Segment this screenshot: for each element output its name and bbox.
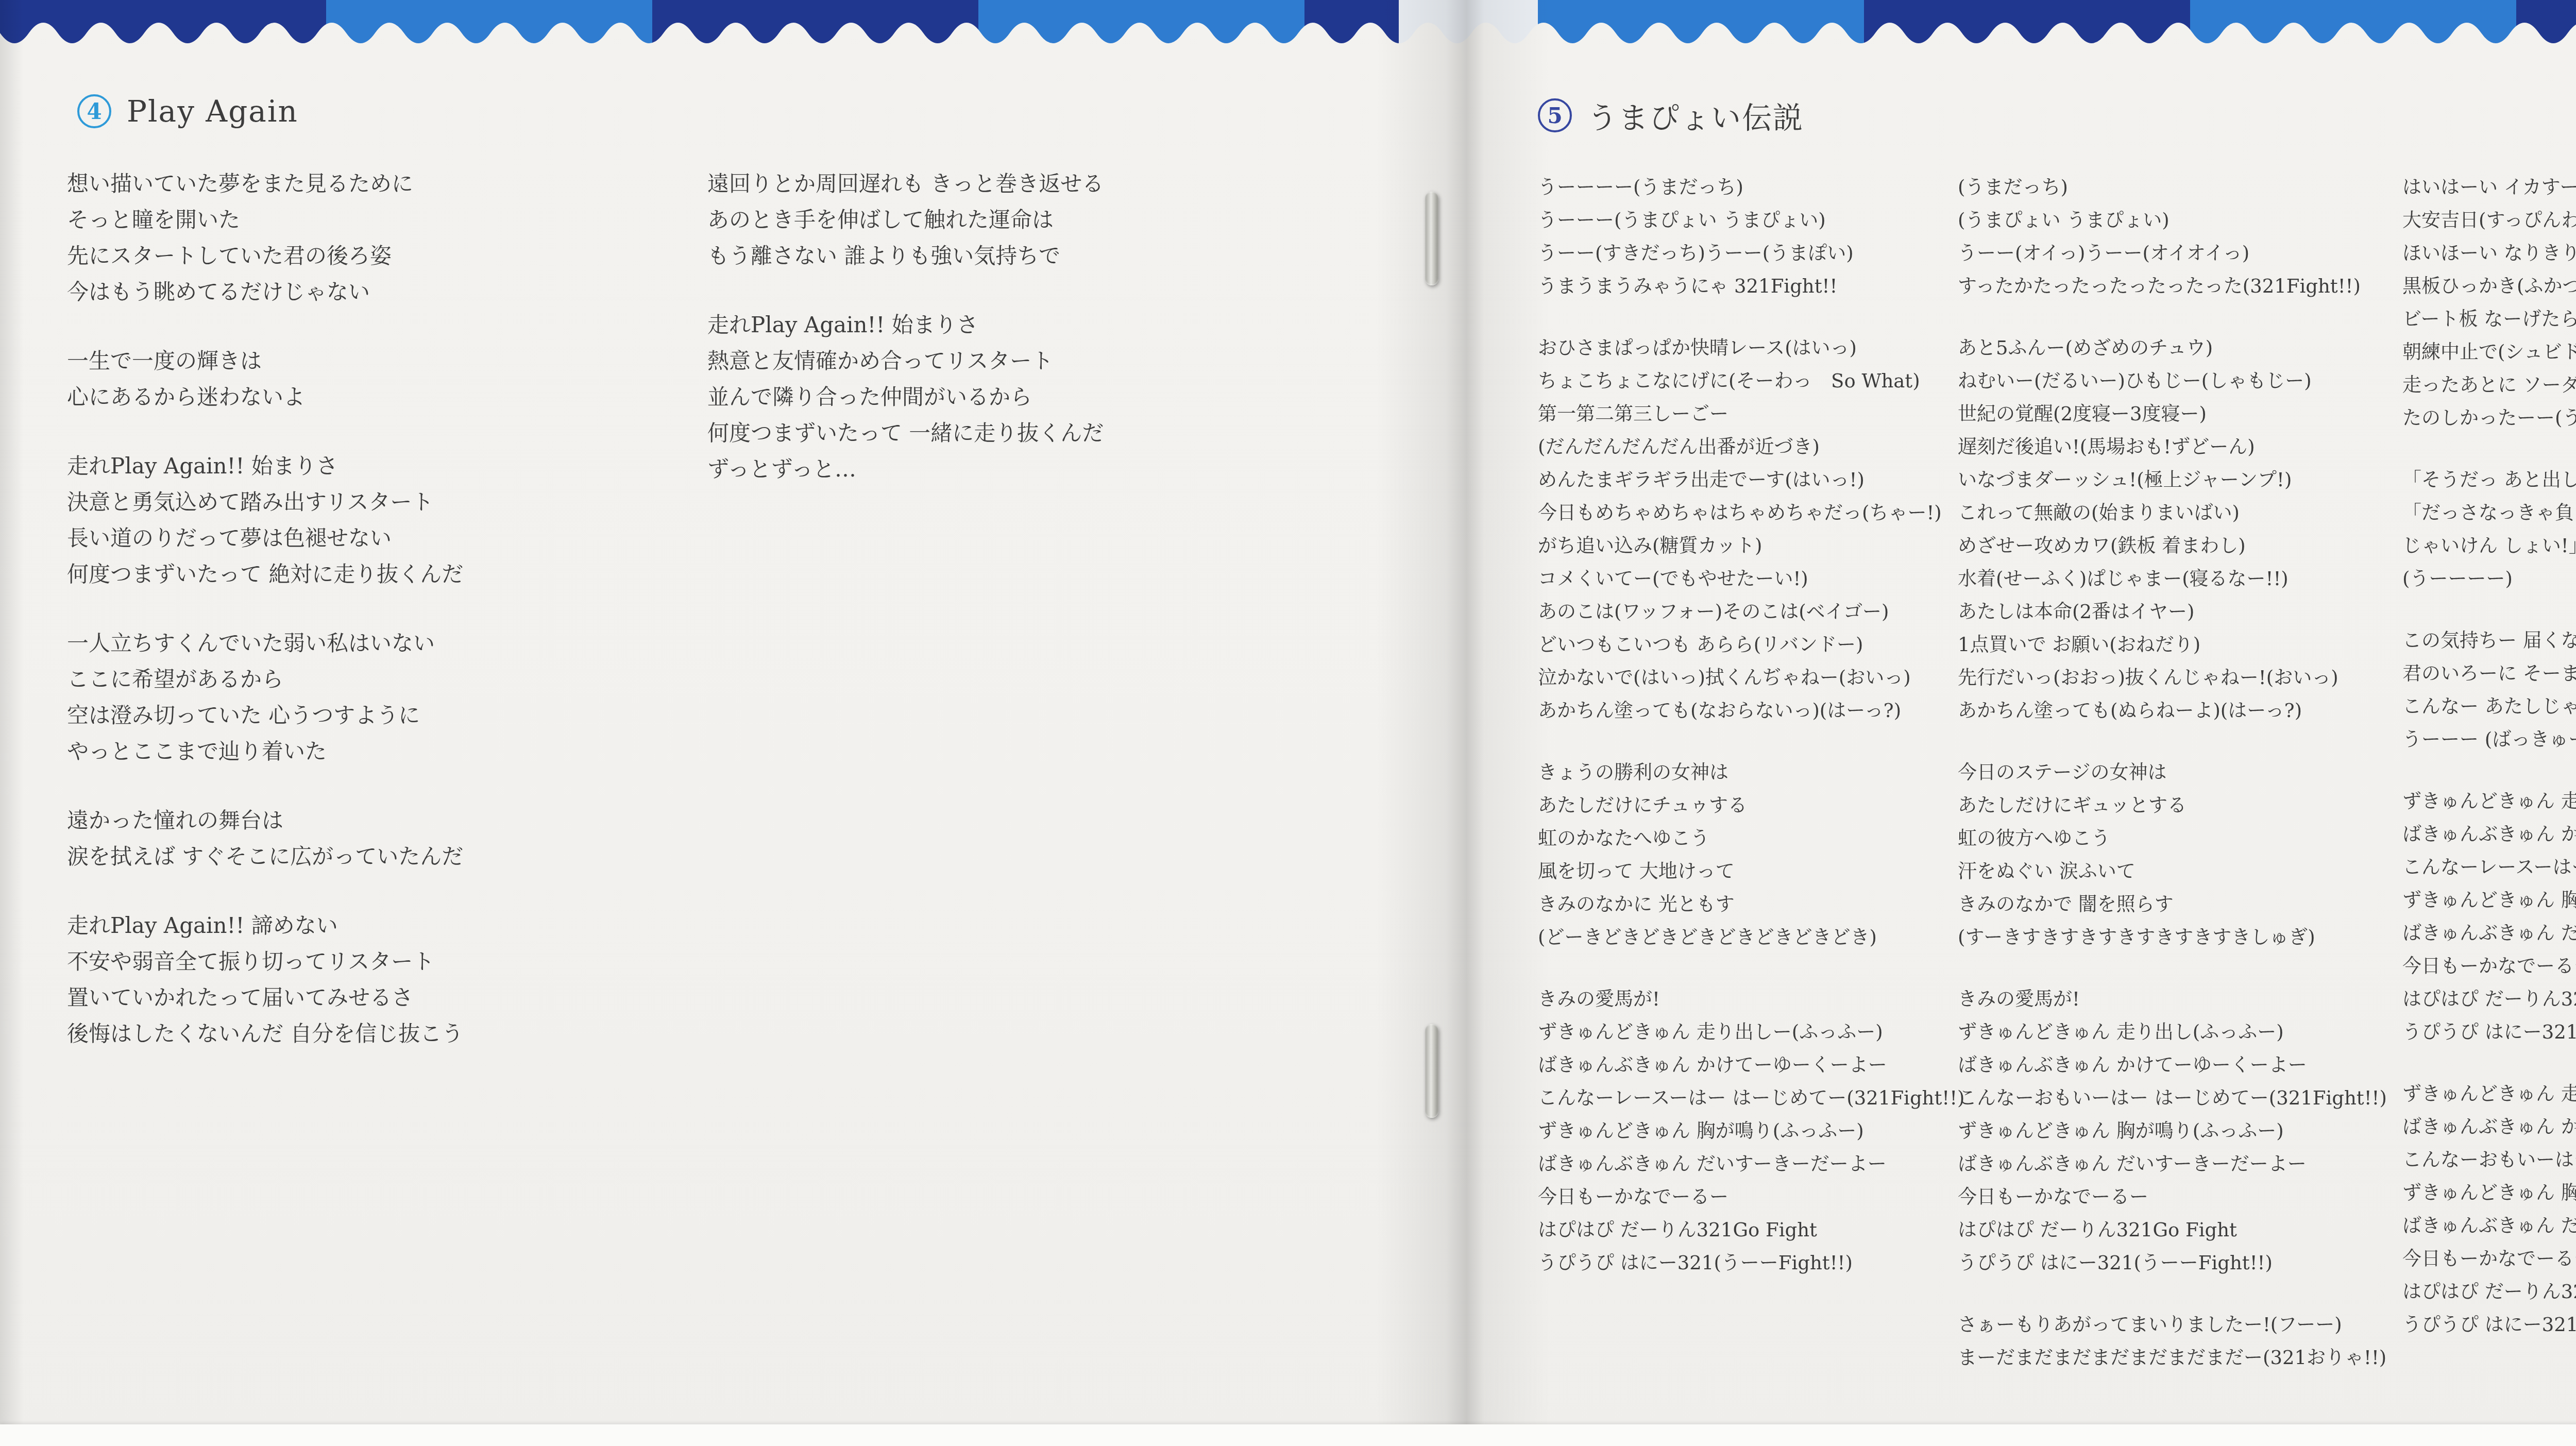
lyric-line: 今日もーかなでーるー — [1958, 1181, 2387, 1214]
stanza: (うまだっち)(うまぴょい うまぴょい)うーー(オイっ)うーー(オイオイっ)すっ… — [1958, 171, 2387, 303]
lyric-line: (うーーーー) — [2402, 563, 2576, 596]
lyric-line: 空は澄み切っていた 心うつすように — [67, 698, 463, 734]
lyric-line: ちょこちょこなにげに(そーわっ So What) — [1538, 365, 1964, 398]
lyric-line: うーーー(うまぴょい うまぴょい) — [1538, 204, 1964, 237]
lyric-line: うぴうぴ はにー321(うーーFight!!) — [1958, 1247, 2387, 1280]
lyric-line: はぴはぴ だーりん321Go Fight — [2402, 983, 2576, 1016]
lyrics-column-right-3: はいはーい イカすー諸君大安吉日(すっぴんわっしょい)ほいほーい なりきりクィー… — [2402, 171, 2576, 1370]
left-page-edge — [0, 0, 24, 1425]
lyric-line: うまうまうみゃうにゃ 321Fight!! — [1538, 270, 1964, 303]
stanza: うーーーー(うまだっち)うーーー(うまぴょい うまぴょい)うーー(すきだっち)う… — [1538, 171, 1964, 303]
lyric-line: あと5ふんー(めざめのチュウ) — [1958, 332, 2387, 365]
left-song-header: 4 Play Again — [77, 94, 298, 129]
lyric-line: ばきゅんぶきゅん だいすーきーだーよー — [2402, 917, 2576, 950]
lyric-line: 何度つまずいたって 絶対に走り抜くんだ — [67, 556, 463, 592]
lyric-line: 風を切って 大地けって — [1538, 855, 1964, 888]
lyric-line: 何度つまずいたって 一緒に走り抜くんだ — [707, 415, 1104, 451]
lyric-line: ビート板 なーげたら返ってきた — [2402, 303, 2576, 336]
lyric-line: ばきゅんぶきゅん だいすーきーだーよー — [1538, 1148, 1964, 1181]
staple-top — [1425, 192, 1438, 285]
lyric-line: めざせー攻めカワ(鉄板 着まわし) — [1958, 530, 2387, 563]
lyric-line: 今日もーかなでーるー — [2402, 950, 2576, 983]
lyric-line: 決意と勇気込めて踏み出すリスタート — [67, 484, 463, 520]
lyric-line: ばきゅんぶきゅん かけてーゆーくーよー — [1958, 1049, 2387, 1082]
lyric-line: もう離さない 誰よりも強い気持ちで — [707, 238, 1104, 274]
lyric-line: 「だっさなっきゃ負っけよっ — [2402, 497, 2576, 530]
stanza: きみの愛馬が!ずきゅんどきゅん 走り出し(ふっふー)ばきゅんぶきゅん かけてーゆ… — [1958, 983, 2387, 1280]
lyric-line: 「そうだっ あと出しじゃんけんしよー」(はー!?) — [2402, 464, 2576, 497]
lyric-line: ずきゅんどきゅん 胸が鳴り(ふっふー) — [2402, 884, 2576, 917]
lyric-line: ばきゅんぶきゅん かけてーゆーくーよー — [2402, 1111, 2576, 1144]
lyric-line: きみのなかで 闇を照らす — [1958, 888, 2387, 921]
lyric-line: 虹のかなたへゆこう — [1538, 822, 1964, 855]
lyric-line: こんなー あたしじゃー だーめだよねー — [2402, 690, 2576, 723]
lyric-line: 先行だいっ(おおっ)抜くんじゃねー!(おいっ) — [1958, 661, 2387, 694]
lyric-line: 第一第二第三しーごー — [1538, 398, 1964, 431]
lyric-line: ばきゅんぶきゅん かけてーゆーくーよー — [2402, 818, 2576, 851]
lyric-line: 遅刻だ後追い!(馬場おも!ずどーん) — [1958, 431, 2387, 464]
lyric-line: 遠かった憧れの舞台は — [67, 803, 463, 839]
lyric-line: ずきゅんどきゅん 走り出しー(ふっふー) — [1538, 1016, 1964, 1049]
lyrics-column-right-1: うーーーー(うまだっち)うーーー(うまぴょい うまぴょい)うーー(すきだっち)う… — [1538, 171, 1964, 1308]
lyric-line: 朝練中止で(シュビドゥビふわー) — [2402, 336, 2576, 369]
lyric-line: ばきゅんぶきゅん だいすーきーだーよー — [2402, 1210, 2576, 1243]
lyric-line: 黒板ひっかき(ふかづめギーーー) — [2402, 270, 2576, 303]
stanza: さぁーもりあがってまいりましたー!(フーー)まーだまだまだまだまだまだまだー(3… — [1958, 1308, 2387, 1374]
lyric-line: 走ったあとに ソーダ水(爆死) — [2402, 369, 2576, 402]
lyric-line: あかちん塗っても(なおらないっ)(はーっ?) — [1538, 694, 1964, 727]
lyric-line: ずっとずっと… — [707, 451, 1104, 487]
lyric-line: こんなーレースーはー はーじめてー(321Fight!!) — [1538, 1082, 1964, 1115]
stanza: 走れPlay Again!! 始まりさ決意と勇気込めて踏み出すリスタート長い道の… — [67, 448, 463, 592]
lyric-line: そっと瞳を開いた — [67, 202, 463, 238]
lyric-line: (すーきすきすきすきすきすきすきしゅぎ) — [1958, 921, 2387, 954]
center-crease — [1376, 0, 1551, 1425]
stanza: 一人立ちすくんでいた弱い私はいないここに希望があるから空は澄み切っていた 心うつ… — [67, 625, 463, 770]
stanza: 想い描いていた夢をまた見るためにそっと瞳を開いた先にスタートしていた君の後ろ姿今… — [67, 166, 463, 310]
lyric-line: うーー(すきだっち)うーー(うまぽい) — [1538, 237, 1964, 270]
lyric-line: うーーー (ばっきゅーん!!) — [2402, 723, 2576, 756]
lyric-line: 走れPlay Again!! 諦めない — [67, 908, 463, 944]
lyric-line: 長い道のりだって夢は色褪せない — [67, 520, 463, 556]
lyric-line: うーー(オイっ)うーー(オイオイっ) — [1958, 237, 2387, 270]
lyric-line: あのとき手を伸ばして触れた運命は — [707, 202, 1104, 238]
lyric-line: すったかたったったったったった(321Fight!!) — [1958, 270, 2387, 303]
lyrics-column-left-1: 想い描いていた夢をまた見るためにそっと瞳を開いた先にスタートしていた君の後ろ姿今… — [67, 166, 463, 1085]
lyric-line: これって無敵の(始まりまいばい) — [1958, 497, 2387, 530]
lyric-line: はぴはぴ だーりん321Go Fight — [1958, 1214, 2387, 1247]
stanza: きょうの勝利の女神はあたしだけにチュゥする虹のかなたへゆこう風を切って 大地けっ… — [1538, 756, 1964, 954]
lyric-line: ここに希望があるから — [67, 661, 463, 698]
lyric-line: (うまだっち) — [1958, 171, 2387, 204]
lyric-line: 涙を拭えば すぐそこに広がっていたんだ — [67, 839, 463, 875]
lyric-line: めんたまギラギラ出走でーす(はいっ!) — [1538, 464, 1964, 497]
lyric-line: はぴはぴ だーりん321Go Fight — [1538, 1214, 1964, 1247]
lyric-line: うーーーー(うまだっち) — [1538, 171, 1964, 204]
lyric-line: どいつもこいつも あらら(リバンドー) — [1538, 628, 1964, 661]
lyric-line: こんなーレースーはー はーじめて(321Fight!!) — [2402, 851, 2576, 884]
lyric-line: 置いていかれたって届いてみせるさ — [67, 980, 463, 1016]
lyric-line: きょうの勝利の女神は — [1538, 756, 1964, 789]
lyric-line: がち追い込み(糖質カット) — [1538, 530, 1964, 563]
lyrics-column-right-2: (うまだっち)(うまぴょい うまぴょい)うーー(オイっ)うーー(オイオイっ)すっ… — [1958, 171, 2387, 1403]
stanza: 走れPlay Again!! 始まりさ熱意と友情確かめ合ってリスタート並んで隣り… — [707, 307, 1104, 487]
lyric-line: 1点買いで お願い(おねだり) — [1958, 628, 2387, 661]
lyric-line: 走れPlay Again!! 始まりさ — [707, 307, 1104, 343]
lyric-line: はいはーい イカすー諸君 — [2402, 171, 2576, 204]
lyric-line: 世紀の覚醒(2度寝ー3度寝ー) — [1958, 398, 2387, 431]
lyric-line: まーだまだまだまだまだまだまだー(321おりゃ!!) — [1958, 1341, 2387, 1374]
lyric-line: あたしだけにチュゥする — [1538, 789, 1964, 822]
lyric-line: 先にスタートしていた君の後ろ姿 — [67, 238, 463, 274]
song-title-play-again: Play Again — [127, 94, 298, 129]
lyric-line: じゃいけん しょい!」(しょい!!) — [2402, 530, 2576, 563]
lyric-line: 並んで隣り合った仲間がいるから — [707, 379, 1104, 415]
lyric-line: 心にあるから迷わないよ — [67, 379, 463, 415]
stanza: ずきゅんどきゅん 走り出しー(ふっふー)ばきゅんぶきゅん かけてーゆーくーよーこ… — [2402, 785, 2576, 1049]
lyric-line: 今日もーかなでーるー — [2402, 1243, 2576, 1275]
stanza: 走れPlay Again!! 諦めない不安や弱音全て振り切ってリスタート置いてい… — [67, 908, 463, 1052]
lyric-line: きみの愛馬が! — [1958, 983, 2387, 1016]
lyric-line: 走れPlay Again!! 始まりさ — [67, 448, 463, 484]
lyric-line: おひさまぱっぱか快晴レース(はいっ) — [1538, 332, 1964, 365]
stanza: 今日のステージの女神はあたしだけにギュッとする虹の彼方へゆこう汗をぬぐい 涙ふい… — [1958, 756, 2387, 954]
lyric-line: さぁーもりあがってまいりましたー!(フーー) — [1958, 1308, 2387, 1341]
booklet-spread: 4 Play Again 想い描いていた夢をまた見るためにそっと瞳を開いた先にス… — [0, 0, 2576, 1446]
lyric-line: こんなーおもいーはー はーじめてー(321Fight!!) — [1958, 1082, 2387, 1115]
lyric-line: ばきゅんぶきゅん だいすーきーだーよー — [1958, 1148, 2387, 1181]
lyric-line: この気持ちー 届くならー — [2402, 624, 2576, 657]
lyric-line: うぴうぴ はにー321(うーーFight!!) — [1538, 1247, 1964, 1280]
lyric-line: コメくいてー(でもやせたーい!) — [1538, 563, 1964, 596]
lyric-line: 君のいろーに そーまーるーよー — [2402, 657, 2576, 690]
lyric-line: 汗をぬぐい 涙ふいて — [1958, 855, 2387, 888]
lyric-line: いなづまダーッシュ!(極上ジャーンプ!) — [1958, 464, 2387, 497]
track-number-badge-4: 4 — [77, 94, 111, 128]
stanza: 遠回りとか周回遅れも きっと巻き返せるあのとき手を伸ばして触れた運命はもう離さな… — [707, 166, 1104, 274]
lyric-line: 水着(せーふく)ぱじゃまー(寝るなー!!) — [1958, 563, 2387, 596]
right-song-header: 5 うまぴょい伝説 — [1538, 94, 1804, 137]
stanza: 遠かった憧れの舞台は涙を拭えば すぐそこに広がっていたんだ — [67, 803, 463, 875]
stanza: ずきゅんどきゅん 走り出しー(ふっふー)ばきゅんぶきゅん かけてーゆーくーよーこ… — [2402, 1078, 2576, 1341]
lyric-line: (だんだんだんだん出番が近づき) — [1538, 431, 1964, 464]
lyric-line: こんなーおもいーはー はーじめてー(321Fight!!) — [2402, 1144, 2576, 1177]
lyric-line: うぴうぴ はにー321(うーーFight!!) — [2402, 1016, 2576, 1049]
lyric-line: ずきゅんどきゅん 走り出し(ふっふー) — [1958, 1016, 2387, 1049]
lyric-line: 今日もめちゃめちゃはちゃめちゃだっ(ちゃー!) — [1538, 497, 1964, 530]
lyric-line: ばきゅんぶきゅん かけてーゆーくーよー — [1538, 1049, 1964, 1082]
lyric-line: 今はもう眺めてるだけじゃない — [67, 274, 463, 310]
lyric-line: 今日のステージの女神は — [1958, 756, 2387, 789]
staple-bottom — [1425, 1024, 1438, 1118]
lyric-line: 熱意と友情確かめ合ってリスタート — [707, 343, 1104, 379]
stanza: きみの愛馬が!ずきゅんどきゅん 走り出しー(ふっふー)ばきゅんぶきゅん かけてー… — [1538, 983, 1964, 1280]
lyric-line: (どーきどきどきどきどきどきどきどき) — [1538, 921, 1964, 954]
stanza: 一生で一度の輝きは心にあるから迷わないよ — [67, 343, 463, 415]
lyric-line: (うまぴょい うまぴょい) — [1958, 204, 2387, 237]
track-number-badge-5: 5 — [1538, 98, 1572, 132]
lyric-line: うぴうぴ はにー321(うーーFight!!) — [2402, 1308, 2576, 1341]
stanza: はいはーい イカすー諸君大安吉日(すっぴんわっしょい)ほいほーい なりきりクィー… — [2402, 171, 2576, 435]
lyric-line: 不安や弱音全て振り切ってリスタート — [67, 944, 463, 980]
lyric-line: ずきゅんどきゅん 胸が鳴り(ふっふー) — [1538, 1115, 1964, 1148]
stanza: あと5ふんー(めざめのチュウ)ねむいー(だるいー)ひもじー(しゃもじー)世紀の覚… — [1958, 332, 2387, 727]
lyric-line: 後悔はしたくないんだ 自分を信じ抜こう — [67, 1016, 463, 1052]
song-title-umapyoi-densetsu: うまぴょい伝説 — [1587, 94, 1804, 137]
scan-bottom-edge — [0, 1424, 2576, 1446]
lyric-line: きみの愛馬が! — [1538, 983, 1964, 1016]
lyric-line: あかちん塗っても(ぬらねーよ)(はーっ?) — [1958, 694, 2387, 727]
lyric-line: はぴはぴ だーりん321Go Fight — [2402, 1275, 2576, 1308]
lyric-line: 泣かないで(はいっ)拭くんぢゃねー(おいっ) — [1538, 661, 1964, 694]
wave-border — [0, 0, 2576, 58]
lyric-line: きみのなかに 光ともす — [1538, 888, 1964, 921]
stanza: この気持ちー 届くならー君のいろーに そーまーるーよーこんなー あたしじゃー だ… — [2402, 624, 2576, 756]
lyric-line: 遠回りとか周回遅れも きっと巻き返せる — [707, 166, 1104, 202]
lyric-line: ずきゅんどきゅん 胸が鳴り(ふっふー) — [1958, 1115, 2387, 1148]
lyric-line: あのこは(ワッフォー)そのこは(ベイゴー) — [1538, 596, 1964, 628]
lyrics-column-left-2: 遠回りとか周回遅れも きっと巻き返せるあのとき手を伸ばして触れた運命はもう離さな… — [707, 166, 1104, 520]
lyric-line: あたしは本命(2番はイヤー) — [1958, 596, 2387, 628]
lyric-line: ずきゅんどきゅん 走り出しー(ふっふー) — [2402, 1078, 2576, 1111]
lyric-line: 一人立ちすくんでいた弱い私はいない — [67, 625, 463, 661]
lyric-line: やっとここまで辿り着いた — [67, 734, 463, 770]
lyric-line: 想い描いていた夢をまた見るために — [67, 166, 463, 202]
lyric-line: たのしかったーー(うんどーーかーーぃ) — [2402, 402, 2576, 435]
lyric-line: 一生で一度の輝きは — [67, 343, 463, 379]
stanza: 「そうだっ あと出しじゃんけんしよー」(はー!?)「だっさなっきゃ負っけよっじゃ… — [2402, 464, 2576, 596]
lyric-line: あたしだけにギュッとする — [1958, 789, 2387, 822]
lyric-line: ずきゅんどきゅん 胸が鳴り(ふっふー) — [2402, 1177, 2576, 1210]
lyric-line: ずきゅんどきゅん 走り出しー(ふっふー) — [2402, 785, 2576, 818]
lyric-line: 虹の彼方へゆこう — [1958, 822, 2387, 855]
lyric-line: ねむいー(だるいー)ひもじー(しゃもじー) — [1958, 365, 2387, 398]
lyric-line: 大安吉日(すっぴんわっしょい) — [2402, 204, 2576, 237]
lyric-line: 今日もーかなでーるー — [1538, 1181, 1964, 1214]
lyric-line: ほいほーい なりきりクィーン — [2402, 237, 2576, 270]
stanza: おひさまぱっぱか快晴レース(はいっ)ちょこちょこなにげに(そーわっ So Wha… — [1538, 332, 1964, 727]
